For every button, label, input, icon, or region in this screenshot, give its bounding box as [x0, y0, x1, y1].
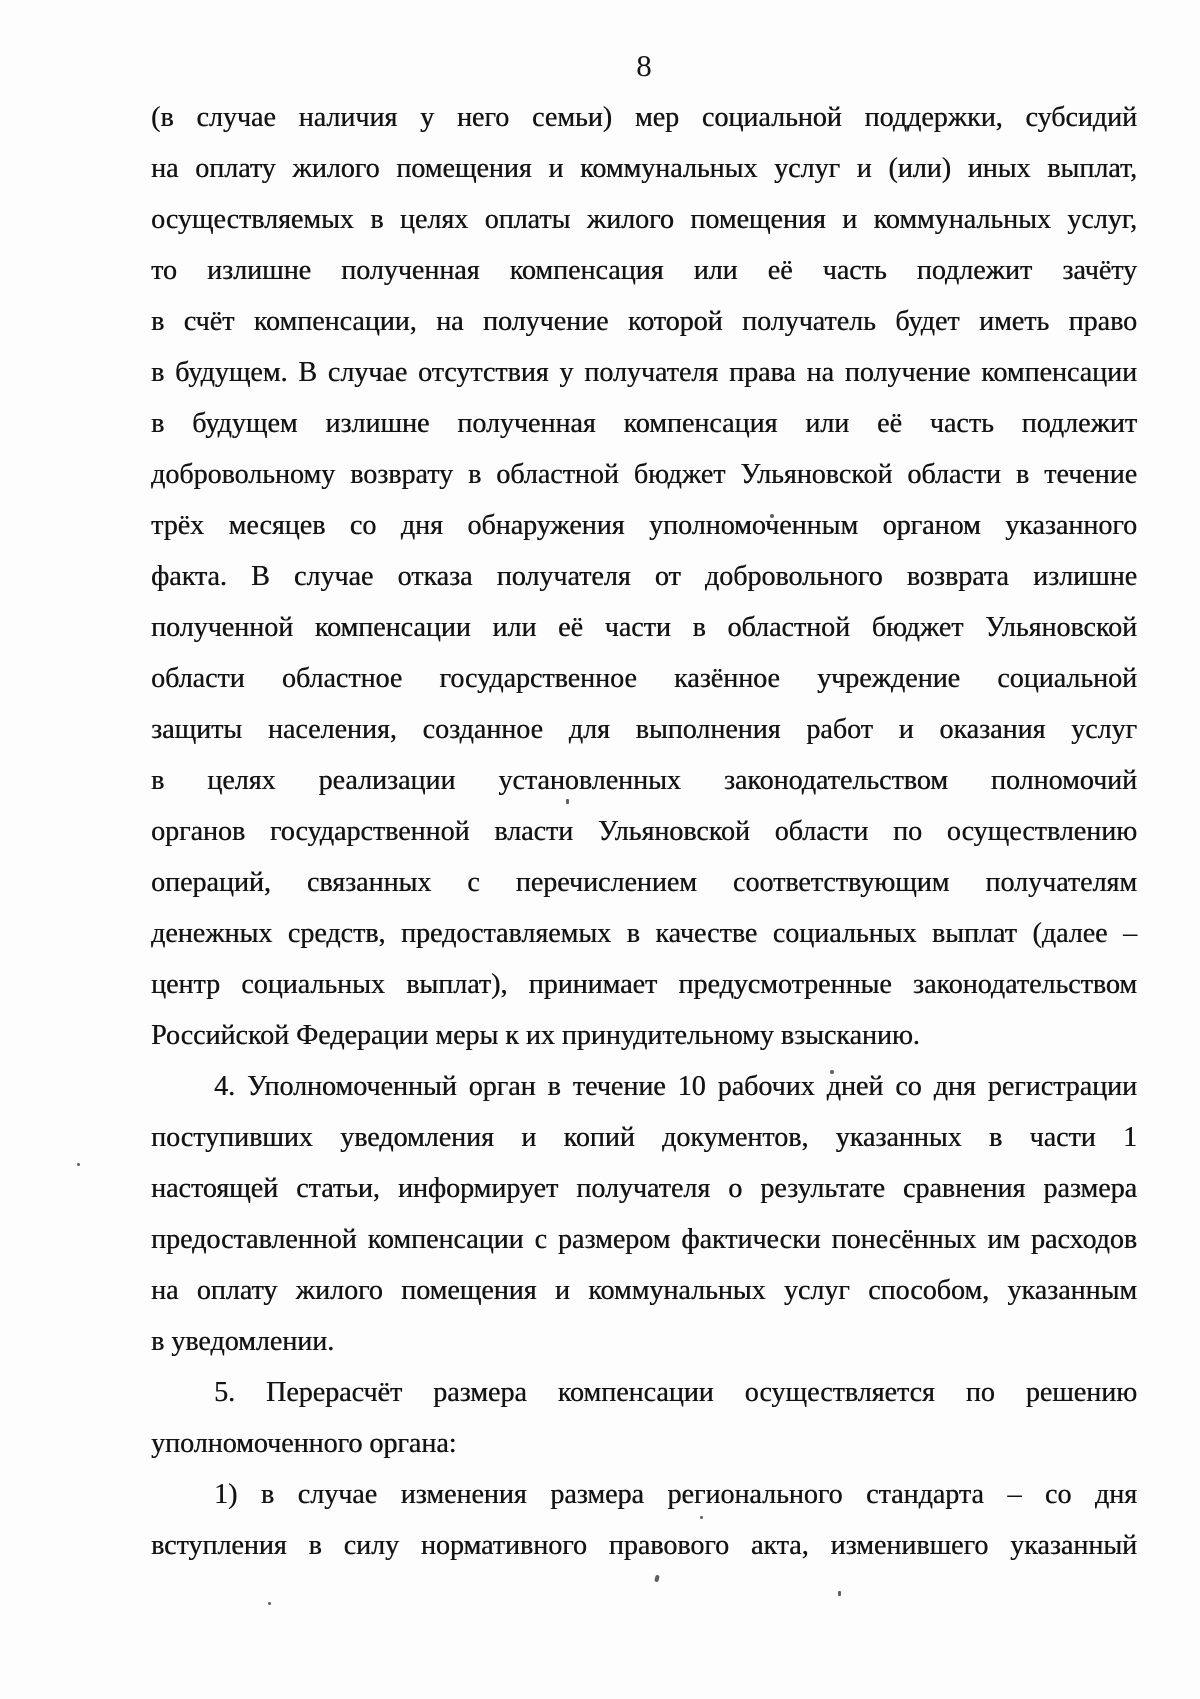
text-line: предоставленной компенсации с размером ф…	[151, 1214, 1137, 1265]
scan-speck	[654, 1575, 660, 1583]
scan-speck	[838, 1591, 841, 1596]
text-line: настоящей статьи, информирует получателя…	[151, 1163, 1137, 1214]
document-page: 8 (в случае наличия у него семьи) мер со…	[0, 0, 1200, 1699]
text-line: в счёт компенсации, на получение которой…	[151, 296, 1137, 347]
text-line: осуществляемых в целях оплаты жилого пом…	[151, 194, 1137, 245]
scan-speck	[566, 799, 569, 804]
text-line: защиты населения, созданное для выполнен…	[151, 704, 1137, 755]
text-line: (в случае наличия у него семьи) мер соци…	[151, 92, 1137, 143]
text-line: области областное государственное казённ…	[151, 653, 1137, 704]
text-line: вступления в силу нормативного правового…	[151, 1520, 1137, 1571]
text-line: в будущем излишне полученная компенсация…	[151, 398, 1137, 449]
scan-speck	[700, 1516, 703, 1519]
text-line-paragraph-end: Российской Федерации меры к их принудите…	[151, 1010, 1137, 1061]
text-line: в будущем. В случае отсутствия у получат…	[151, 347, 1137, 398]
text-line: органов государственной власти Ульяновск…	[151, 806, 1137, 857]
text-line: добровольному возврату в областной бюдже…	[151, 449, 1137, 500]
document-text-block: (в случае наличия у него семьи) мер соци…	[151, 92, 1137, 1571]
text-line: денежных средств, предоставляемых в каче…	[151, 908, 1137, 959]
text-line: на оплату жилого помещения и коммунальны…	[151, 1265, 1137, 1316]
text-line-paragraph-end: в уведомлении.	[151, 1316, 1137, 1367]
text-line: полученной компенсации или её части в об…	[151, 602, 1137, 653]
scan-speck	[770, 514, 774, 518]
text-line: в целях реализации установленных законод…	[151, 755, 1137, 806]
scan-speck	[830, 1070, 834, 1074]
text-line-paragraph-5-start: 5. Перерасчёт размера компенсации осущес…	[151, 1367, 1137, 1418]
text-line-item-1-start: 1) в случае изменения размера региональн…	[151, 1469, 1137, 1520]
scan-speck	[77, 1163, 80, 1166]
text-line: центр социальных выплат), принимает пред…	[151, 959, 1137, 1010]
text-line: операций, связанных с перечислением соот…	[151, 857, 1137, 908]
text-line: трёх месяцев со дня обнаружения уполномо…	[151, 500, 1137, 551]
text-line-paragraph-end: уполномоченного органа:	[151, 1418, 1137, 1469]
text-line: то излишне полученная компенсация или её…	[151, 245, 1137, 296]
text-line: на оплату жилого помещения и коммунальны…	[151, 143, 1137, 194]
text-line: факта. В случае отказа получателя от доб…	[151, 551, 1137, 602]
text-line: поступивших уведомления и копий документ…	[151, 1112, 1137, 1163]
scan-speck	[268, 1602, 271, 1605]
text-line-paragraph-4-start: 4. Уполномоченный орган в течение 10 раб…	[151, 1061, 1137, 1112]
page-number: 8	[151, 46, 1137, 86]
